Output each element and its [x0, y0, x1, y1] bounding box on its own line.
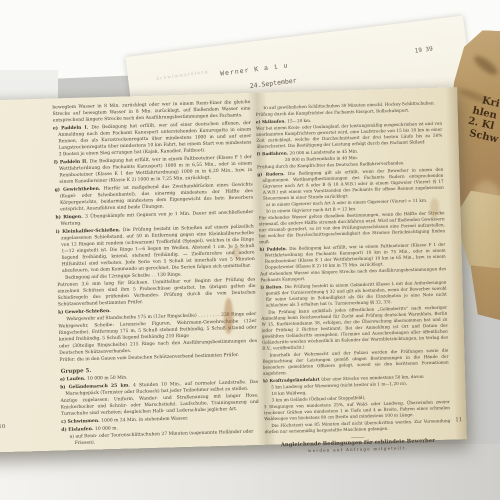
faint-print: Schwimmprüfung [156, 69, 209, 81]
paragraph: Für stehendes Wasser gelten dieselben Be… [258, 210, 445, 245]
page-number-right: 11 [455, 417, 462, 423]
booklet-page-right: b) auf gewöhnlichen Schlittschuhen 30 Mi… [255, 100, 451, 456]
paragraph: f) Paddeln II. Die Bedingung hat erfüllt… [54, 154, 253, 186]
typed-name: Werner K a i u [220, 61, 289, 77]
document-photo: Schwimmprüfung Werner K a i u 24.Septemb… [0, 0, 500, 500]
booklet-spread: bewegtem Wasser in 8 Min. zurücklegt ode… [0, 87, 467, 453]
backdrop-bottom [0, 444, 500, 500]
paragraph: i) Kleinkaliber-Schießen. Die Prüfung be… [56, 223, 255, 274]
paragraph: Die Prüfung kann anläßlich jedes öffentl… [261, 304, 448, 351]
paragraph: Innerhalb der Wehrmacht und der Polizei … [262, 347, 449, 376]
booklet-page-left: bewegtem Wasser in 8 Min. zurücklegt ode… [52, 99, 259, 447]
paragraph: g) Gewichtheben. Hierfür ist maßgebend d… [55, 181, 254, 213]
envelope-text: Krihlen2. KlSchw [465, 93, 500, 145]
typed-date: 24.September [249, 76, 297, 90]
paragraph: Patronen 3,6 mm lang für Büchsen. Unmitt… [57, 276, 256, 308]
paragraph: e) Paddeln I. Die Bedingung hat erfüllt,… [53, 120, 252, 158]
paragraph: g) Rudern. Die Bedingung gilt als erfüll… [257, 166, 444, 201]
page-number-left: 10 [0, 424, 5, 430]
paragraph: Wer bei einem Kreis- oder Gaulanglauf, d… [256, 120, 443, 149]
typed-year: 19 39 [414, 46, 433, 55]
envelope-crease [472, 53, 500, 78]
